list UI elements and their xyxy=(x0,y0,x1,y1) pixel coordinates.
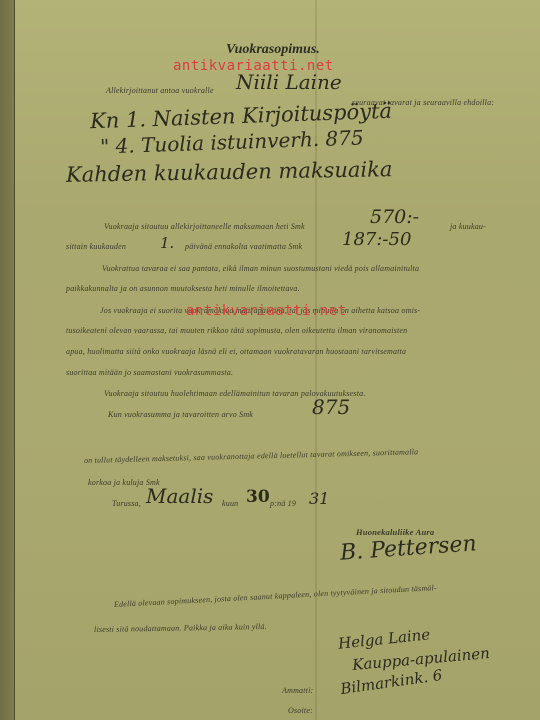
para3-line4: suorittaa mitään jo saamastani vuokrasum… xyxy=(66,368,233,377)
document-title: Vuokrasopimus. xyxy=(226,42,320,58)
para2-line1: Vuokrattua tavaraa ei saa pantata, eikä … xyxy=(102,264,419,273)
date-year: 31 xyxy=(309,489,329,508)
monthly-amount: 187:-50 xyxy=(342,229,411,250)
para3-line3: apua, huolimatta siitä onko vuokraaja lä… xyxy=(66,347,406,356)
date-kuun: kuun xyxy=(222,499,238,508)
date-month: Maalis xyxy=(146,484,213,508)
occupation-label: Ammatti: xyxy=(282,686,313,695)
watermark-middle: antikvariaatti.net xyxy=(186,303,347,319)
para3-line2: tusoikeateni olevan vaarassa, tai muuten… xyxy=(66,326,407,335)
para2-line2: paikkakunnalta ja on asunnon muutoksesta… xyxy=(66,284,300,293)
payment-day: 1. xyxy=(160,234,174,252)
para1-line2-mid: päivänä ennakolta vaatimatta Smk xyxy=(185,242,302,251)
total-value: 875 xyxy=(312,395,350,419)
para5-start: Kun vuokrasumma ja tavaroitten arvo Smk xyxy=(108,410,253,419)
address-label: Osoite: xyxy=(288,706,313,715)
para1-line1-end: ja kuukau- xyxy=(450,222,486,231)
date-day: 30 xyxy=(246,487,270,507)
para1-line2-start: sittain kuukauden xyxy=(66,242,126,251)
para1-line1: Vuokraaja sitoutuu allekirjoittaneelle m… xyxy=(104,222,305,231)
date-place: Turussa, xyxy=(112,499,141,508)
date-pna: p:nä 19 xyxy=(270,499,296,508)
upfront-amount: 570:- xyxy=(370,206,419,228)
renter-name: Niili Laine xyxy=(236,70,342,94)
undersigned-label: Allekirjoittanut antoa vuokralle xyxy=(106,86,214,95)
